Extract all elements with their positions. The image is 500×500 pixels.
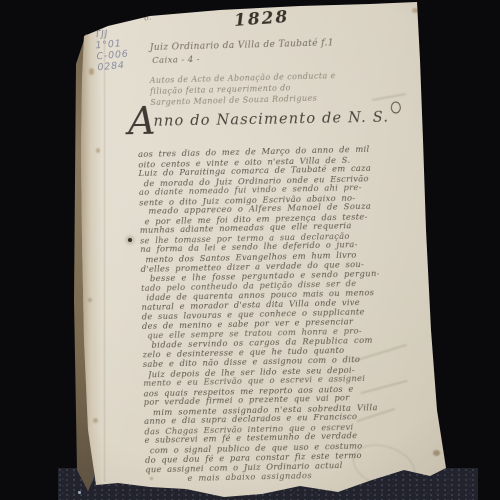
photograph-of-manuscript: TJJ1°01C-0060284 6. 1828 Juiz Ordinario … [0,0,500,500]
dust-speck [78,491,81,494]
